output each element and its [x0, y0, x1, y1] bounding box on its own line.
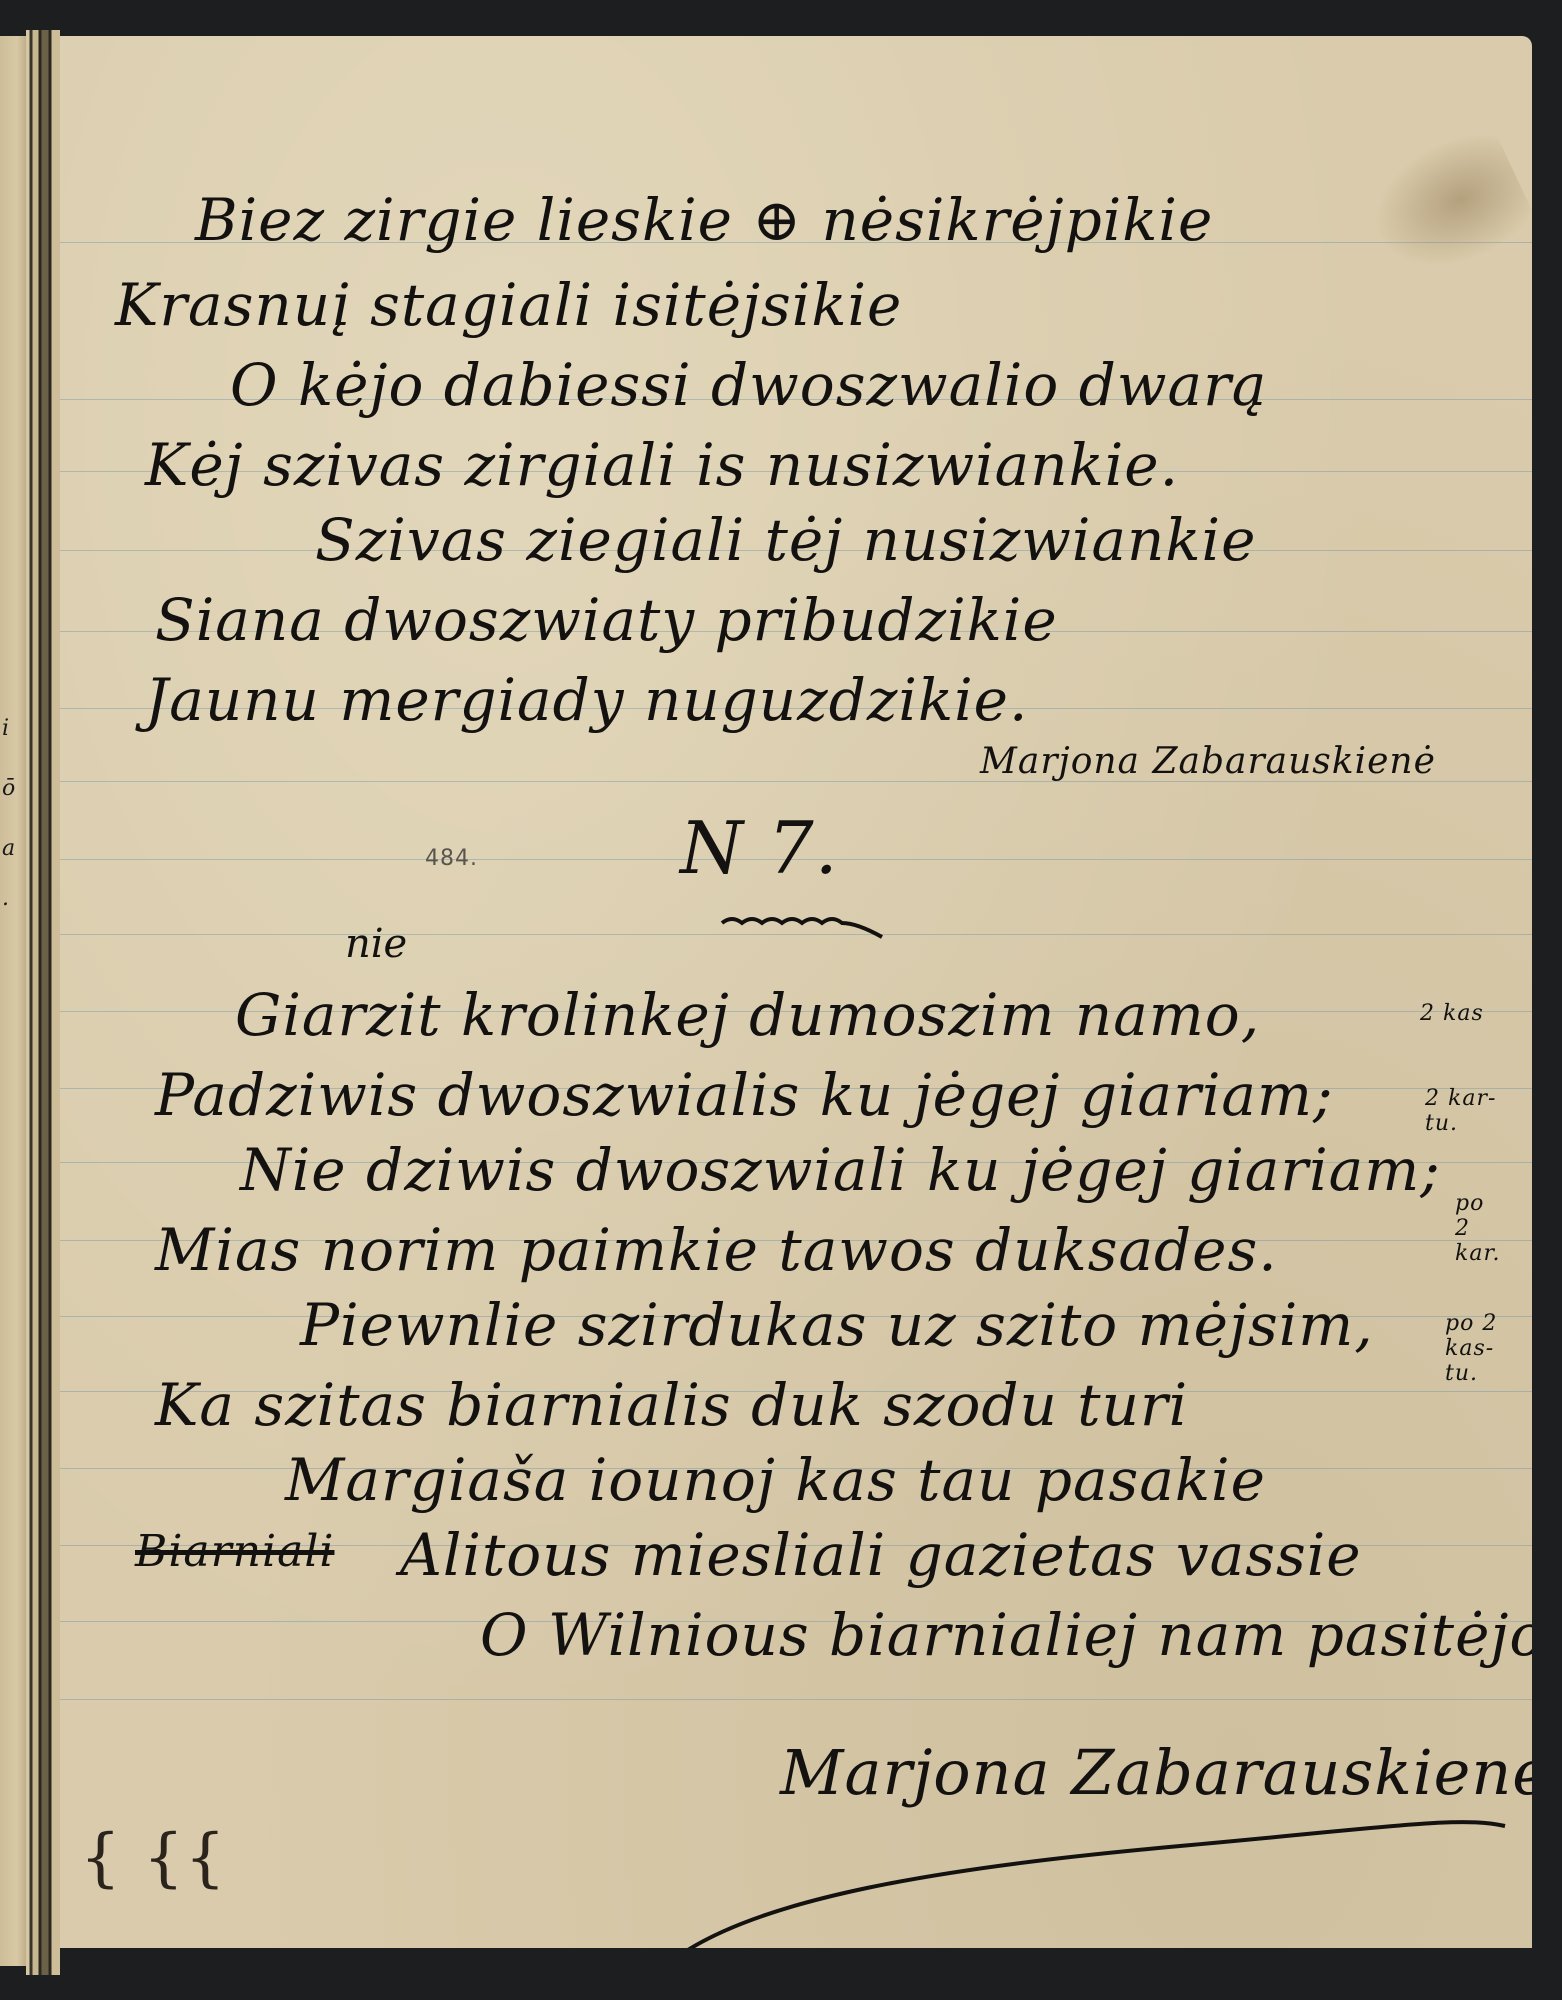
ruled-line	[60, 1699, 1532, 1700]
song1-line-3: O kėjo dabiessi dwoszwalio dwarą	[230, 351, 1267, 419]
section-heading: N 7.	[680, 806, 839, 890]
song1-line-4: Kėj szivas zirgiali is nusizwiankie.	[145, 431, 1179, 499]
song2-line-5: Piewnlie szirdukas uz szito mėjsim,	[300, 1291, 1374, 1359]
ink-stain	[1354, 120, 1532, 292]
margin-note: po 2 kar.	[1455, 1191, 1505, 1266]
struck-out-word: Biarniali	[135, 1526, 334, 1577]
adjacent-page-fragment: ō	[2, 776, 15, 801]
song1-line-1: Biez zirgie lieskie ⊕ nėsikrėjpikie	[195, 186, 1213, 254]
margin-note: 2 kas	[1420, 1001, 1484, 1026]
song1-line-5: Szivas ziegiali tėj nusizwiankie	[315, 506, 1256, 574]
song2-line-8: Alitous miesliali gazietas vassie	[400, 1521, 1362, 1589]
song2-line-4: Mias norim paimkie tawos duksades.	[155, 1216, 1278, 1284]
song2-line-3: Nie dziwis dwoszwiali ku jėgej giariam;	[240, 1136, 1441, 1204]
song2-signature: Marjona Zabarauskienė	[780, 1736, 1532, 1809]
book-binding	[26, 30, 60, 1975]
adjacent-page-strip: i ō a .	[0, 36, 28, 1966]
adjacent-page-fragment: i	[2, 716, 9, 741]
manuscript-page: Biez zirgie lieskie ⊕ nėsikrėjpikie Kras…	[60, 36, 1532, 1948]
margin-note: 2 kar-tu.	[1425, 1086, 1505, 1136]
song1-line-6: Siana dwoszwiaty pribudzikie	[155, 586, 1058, 654]
adjacent-page-fragment: .	[2, 886, 9, 911]
margin-note: po 2 kas-tu.	[1445, 1311, 1505, 1386]
adjacent-page-fragment: a	[2, 836, 15, 861]
song2-line-9: O Wilnious biarnialiej nam pasitėjo.	[480, 1601, 1532, 1669]
insertion-above-line: nie	[345, 921, 407, 967]
song1-line-7: Jaunu mergiady nuguzdzikie.	[145, 666, 1028, 734]
archive-number: 484.	[425, 846, 478, 871]
song2-line-7: Margiaša iounoj kas tau pasakie	[285, 1446, 1266, 1514]
heading-underline-flourish	[720, 911, 890, 941]
song2-line-2: Padziwis dwoszwialis ku jėgej giariam;	[155, 1061, 1334, 1129]
brace-margin-marks: { {{	[80, 1821, 227, 1895]
song2-line-1: Giarzit krolinkej dumoszim namo,	[235, 981, 1260, 1049]
song1-signature: Marjona Zabarauskienė	[980, 741, 1436, 782]
signature-flourish	[660, 1806, 1520, 1948]
song2-line-6: Ka szitas biarnialis duk szodu turi	[155, 1371, 1188, 1439]
song1-line-2: Krasnuį stagiali isitėjsikie	[115, 271, 902, 339]
